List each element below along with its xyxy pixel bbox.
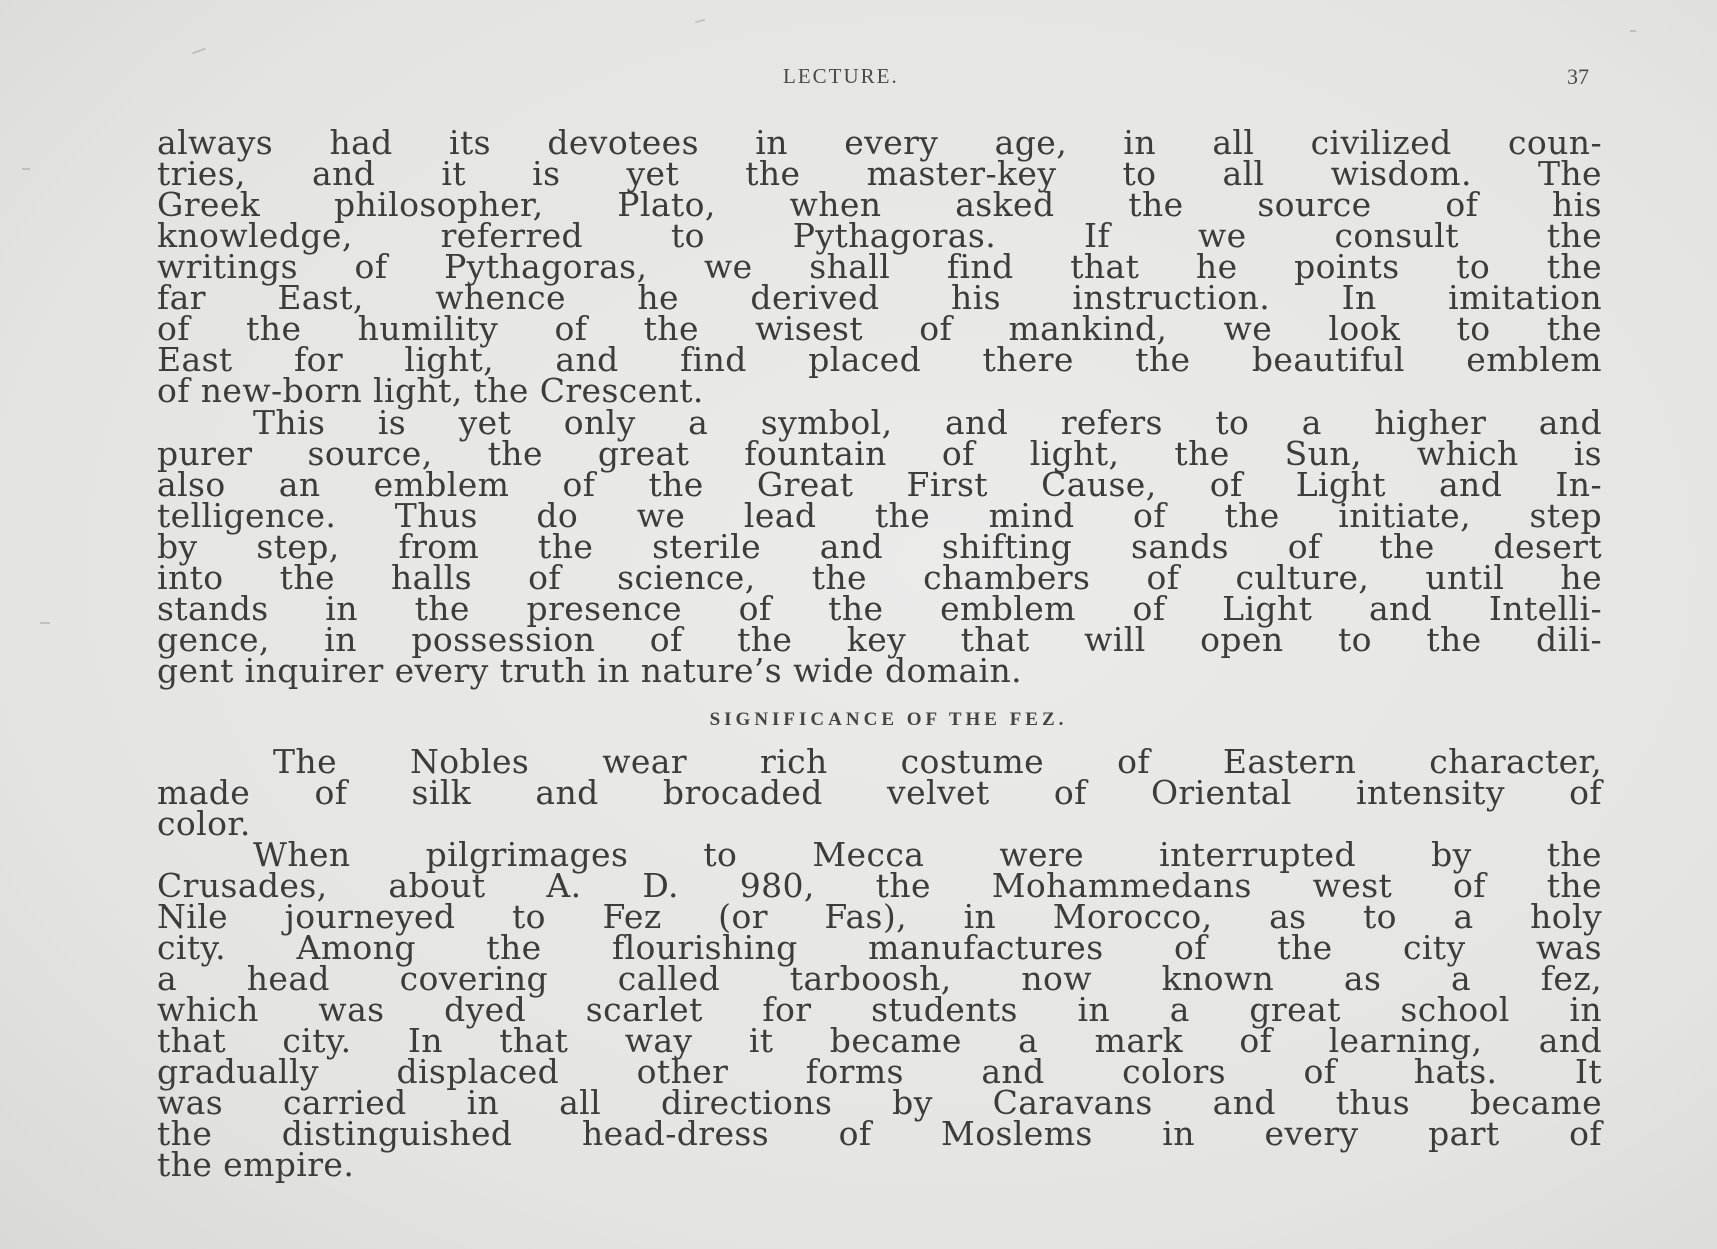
running-title: LECTURE.	[783, 64, 899, 89]
text-line: the empire.	[157, 1148, 1602, 1182]
page-number: 37	[1567, 64, 1589, 90]
text-line: gent inquirer every truth in nature’s wi…	[157, 654, 1602, 688]
scan-speck	[1630, 30, 1636, 32]
scan-speck	[695, 19, 705, 24]
text-line: made of silk and brocaded velvet of Orie…	[157, 776, 1602, 810]
section-heading: SIGNIFICANCE OF THE FEZ.	[0, 709, 1717, 731]
scan-speck	[22, 168, 30, 170]
scanned-book-page: LECTURE. 37 always had its devotees in e…	[0, 0, 1717, 1249]
scan-speck	[40, 622, 50, 624]
text-line: the distinguished head-dress of Moslems …	[157, 1117, 1602, 1151]
scan-speck	[192, 48, 206, 55]
